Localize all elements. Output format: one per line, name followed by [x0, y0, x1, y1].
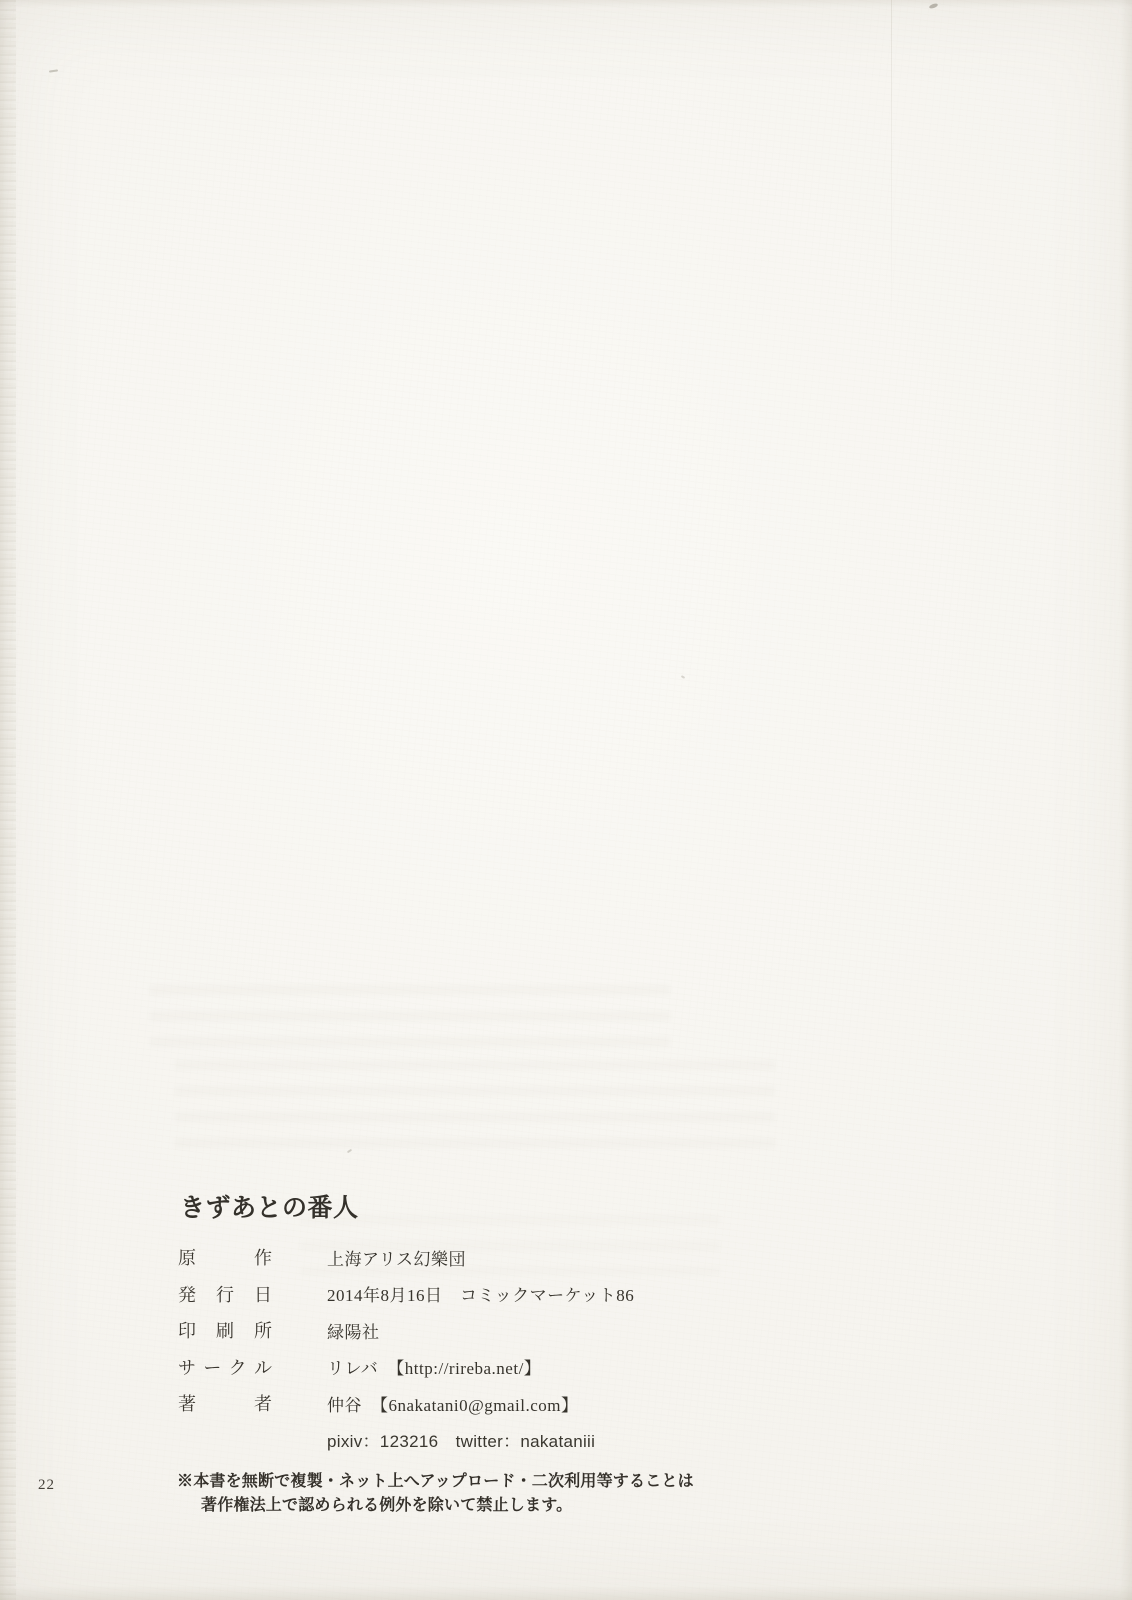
disclaimer-line-2: 著作権法上で認められる例外を除いて禁止します。: [201, 1494, 694, 1518]
paper-crease: [891, 0, 892, 340]
scan-edge-artifact-bottom: [0, 1586, 1132, 1600]
colophon-row-social: pixiv：123216 twitter：nakataniii: [178, 1422, 738, 1459]
book-title: きずあとの番人: [180, 1194, 359, 1224]
colophon-value: リレバ 【http://rireba.net/】: [327, 1354, 541, 1379]
colophon-row-author: 著者 仲谷 【6nakatani0@gmail.com】: [178, 1385, 738, 1422]
colophon-value: 2014年8月16日 コミックマーケット86: [327, 1281, 634, 1306]
scan-edge-artifact-top: [0, 0, 1132, 8]
scan-speck: [347, 1149, 352, 1154]
scan-edge-artifact-right: [1120, 0, 1132, 1600]
copyright-disclaimer: ※本書を無断で複製・ネット上へアップロード・二次利用等することは 著作権法上で認…: [177, 1470, 694, 1517]
colophon-label: 発行日: [178, 1281, 272, 1307]
colophon-value: 仲谷 【6nakatani0@gmail.com】: [327, 1391, 578, 1416]
colophon-label: サークル: [178, 1354, 272, 1380]
colophon-row-printer: 印刷所 緑陽社: [178, 1312, 738, 1349]
page-number: 22: [38, 1477, 55, 1494]
colophon-block: 原作 上海アリス幻樂団 発行日 2014年8月16日 コミックマーケット86 印…: [178, 1239, 738, 1458]
reverse-page-show-through: [150, 985, 670, 1051]
scan-speck: [681, 675, 685, 679]
colophon-row-original-work: 原作 上海アリス幻樂団: [178, 1239, 738, 1276]
colophon-value: 上海アリス幻樂団: [327, 1245, 466, 1270]
scanned-doujinshi-colophon-page: きずあとの番人 原作 上海アリス幻樂団 発行日 2014年8月16日 コミックマ…: [0, 0, 1132, 1600]
social-accounts: pixiv：123216 twitter：nakataniii: [327, 1427, 595, 1452]
scan-speck: [49, 69, 58, 72]
colophon-row-circle: サークル リレバ 【http://rireba.net/】: [178, 1349, 738, 1386]
disclaimer-line-1: ※本書を無断で複製・ネット上へアップロード・二次利用等することは: [177, 1470, 694, 1494]
colophon-label: 原作: [178, 1244, 272, 1270]
reverse-page-show-through: [175, 1060, 775, 1152]
colophon-value: 緑陽社: [327, 1318, 380, 1343]
colophon-row-publish-date: 発行日 2014年8月16日 コミックマーケット86: [178, 1276, 738, 1313]
colophon-label: 著者: [178, 1390, 272, 1416]
colophon-label: 印刷所: [178, 1317, 272, 1343]
scan-edge-artifact-left: [0, 0, 16, 1600]
